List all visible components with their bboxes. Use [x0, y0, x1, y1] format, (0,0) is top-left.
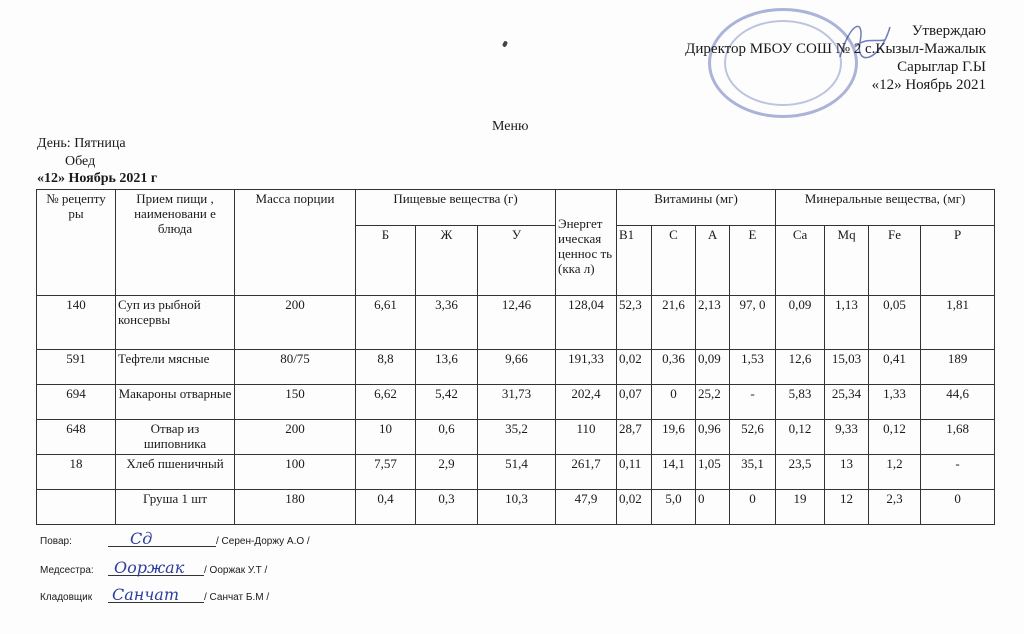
cell-e: 52,6	[730, 420, 776, 455]
cell-portion: 200	[235, 296, 356, 350]
cell-fe: 2,3	[869, 490, 921, 525]
cell-c: 0,36	[652, 350, 696, 385]
header-a: A	[696, 226, 730, 296]
cell-no: 140	[37, 296, 116, 350]
cell-zh: 0,6	[416, 420, 478, 455]
cell-p: 1,81	[921, 296, 995, 350]
cell-fe: 0,12	[869, 420, 921, 455]
cell-energy: 261,7	[556, 455, 617, 490]
cell-u: 12,46	[478, 296, 556, 350]
table-row: 18Хлеб пшеничный1007,572,951,4261,70,111…	[37, 455, 995, 490]
cell-energy: 202,4	[556, 385, 617, 420]
cell-p: 1,68	[921, 420, 995, 455]
cell-b: 6,61	[356, 296, 416, 350]
cell-ca: 5,83	[776, 385, 825, 420]
cell-b1: 0,07	[617, 385, 652, 420]
cell-e: 97, 0	[730, 296, 776, 350]
cell-energy: 47,9	[556, 490, 617, 525]
cell-name: Макароны отварные	[116, 385, 235, 420]
cell-portion: 150	[235, 385, 356, 420]
cell-mg: 25,34	[825, 385, 869, 420]
cell-energy: 110	[556, 420, 617, 455]
cell-portion: 80/75	[235, 350, 356, 385]
signature-line: Санчат	[108, 590, 204, 603]
cell-a: 0,96	[696, 420, 730, 455]
cell-no	[37, 490, 116, 525]
cell-no: 18	[37, 455, 116, 490]
header-e: E	[730, 226, 776, 296]
cell-u: 35,2	[478, 420, 556, 455]
cell-portion: 200	[235, 420, 356, 455]
cell-c: 19,6	[652, 420, 696, 455]
cell-b1: 0,02	[617, 490, 652, 525]
ink-speck	[502, 40, 508, 47]
cell-ca: 12,6	[776, 350, 825, 385]
menu-table: № рецепту ры Прием пищи , наименовани е …	[36, 189, 995, 525]
header-fat: Ж	[416, 226, 478, 296]
cell-u: 9,66	[478, 350, 556, 385]
header-carbs: У	[478, 226, 556, 296]
meal-label: Обед	[65, 154, 95, 170]
signature-row: Кладовщик Санчат / Санчат Б.М /	[40, 590, 269, 603]
cell-e: 1,53	[730, 350, 776, 385]
cell-b: 10	[356, 420, 416, 455]
approval-block: Утверждаю Директор МБОУ СОШ № 2 с.Кызыл-…	[685, 22, 986, 94]
cell-fe: 0,05	[869, 296, 921, 350]
cell-zh: 5,42	[416, 385, 478, 420]
header-meal-name: Прием пищи , наименовани е блюда	[116, 190, 235, 296]
table-row: 694Макароны отварные1506,625,4231,73202,…	[37, 385, 995, 420]
cell-ca: 0,12	[776, 420, 825, 455]
header-ca: Ca	[776, 226, 825, 296]
cell-no: 648	[37, 420, 116, 455]
cell-a: 2,13	[696, 296, 730, 350]
signature-line: Ооржак	[108, 563, 204, 576]
cell-b1: 0,11	[617, 455, 652, 490]
cell-e: 35,1	[730, 455, 776, 490]
approval-date: «12» Ноябрь 2021	[685, 76, 986, 94]
cell-u: 51,4	[478, 455, 556, 490]
cell-p: -	[921, 455, 995, 490]
cell-b1: 0,02	[617, 350, 652, 385]
cell-b1: 52,3	[617, 296, 652, 350]
document-title: Меню	[492, 119, 528, 135]
header-p: P	[921, 226, 995, 296]
cell-fe: 0,41	[869, 350, 921, 385]
header-c: C	[652, 226, 696, 296]
cell-a: 0	[696, 490, 730, 525]
table-row: 591Тефтели мясные80/758,813,69,66191,330…	[37, 350, 995, 385]
handwritten-signature: Санчат	[112, 585, 179, 604]
cell-zh: 2,9	[416, 455, 478, 490]
approval-director: Директор МБОУ СОШ № 2 с.Кызыл-Мажалык	[685, 40, 986, 58]
cell-c: 21,6	[652, 296, 696, 350]
header-minerals: Минеральные вещества, (мг)	[776, 190, 995, 226]
cell-name: Тефтели мясные	[116, 350, 235, 385]
cell-no: 694	[37, 385, 116, 420]
signature-line: Сд	[108, 534, 216, 547]
cell-energy: 191,33	[556, 350, 617, 385]
header-energy: Энергет ическая ценнос ть (кка л)	[556, 190, 617, 296]
cell-no: 591	[37, 350, 116, 385]
signature-name: / Санчат Б.М /	[204, 592, 269, 603]
table-row: Груша 1 шт1800,40,310,347,90,025,0001912…	[37, 490, 995, 525]
signature-role: Повар:	[40, 536, 108, 547]
header-nutrients: Пищевые вещества (г)	[356, 190, 556, 226]
cell-a: 25,2	[696, 385, 730, 420]
cell-portion: 100	[235, 455, 356, 490]
cell-e: -	[730, 385, 776, 420]
cell-a: 0,09	[696, 350, 730, 385]
cell-c: 0	[652, 385, 696, 420]
signature-row: Медсестра: Ооржак / Ооржак У.Т /	[40, 563, 267, 576]
day-label: День: Пятница	[37, 136, 126, 152]
cell-name: Хлеб пшеничный	[116, 455, 235, 490]
header-mg: Mq	[825, 226, 869, 296]
signature-name: / Серен-Доржу А.О /	[216, 536, 310, 547]
header-b1: B1	[617, 226, 652, 296]
menu-date: «12» Ноябрь 2021 г	[37, 171, 157, 187]
cell-name: Суп из рыбной консервы	[116, 296, 235, 350]
header-fe: Fe	[869, 226, 921, 296]
cell-mg: 12	[825, 490, 869, 525]
header-vitamins: Витамины (мг)	[617, 190, 776, 226]
cell-c: 14,1	[652, 455, 696, 490]
cell-b: 8,8	[356, 350, 416, 385]
table-row: 140Суп из рыбной консервы2006,613,3612,4…	[37, 296, 995, 350]
cell-zh: 3,36	[416, 296, 478, 350]
cell-mg: 9,33	[825, 420, 869, 455]
cell-b: 6,62	[356, 385, 416, 420]
header-protein: Б	[356, 226, 416, 296]
cell-e: 0	[730, 490, 776, 525]
signature-role: Медсестра:	[40, 565, 108, 576]
cell-p: 44,6	[921, 385, 995, 420]
cell-p: 189	[921, 350, 995, 385]
cell-p: 0	[921, 490, 995, 525]
cell-zh: 13,6	[416, 350, 478, 385]
cell-u: 31,73	[478, 385, 556, 420]
cell-c: 5,0	[652, 490, 696, 525]
cell-name: Груша 1 шт	[116, 490, 235, 525]
cell-name: Отвар из шиповника	[116, 420, 235, 455]
cell-energy: 128,04	[556, 296, 617, 350]
approval-heading: Утверждаю	[685, 22, 986, 40]
table-row: 648Отвар из шиповника200100,635,211028,7…	[37, 420, 995, 455]
cell-mg: 1,13	[825, 296, 869, 350]
cell-fe: 1,2	[869, 455, 921, 490]
cell-ca: 19	[776, 490, 825, 525]
cell-b1: 28,7	[617, 420, 652, 455]
handwritten-signature: Сд	[130, 529, 152, 548]
cell-mg: 15,03	[825, 350, 869, 385]
signature-name: / Ооржак У.Т /	[204, 565, 267, 576]
header-recipe-no: № рецепту ры	[37, 190, 116, 296]
signature-row: Повар: Сд / Серен-Доржу А.О /	[40, 534, 310, 547]
header-portion: Масса порции	[235, 190, 356, 296]
cell-fe: 1,33	[869, 385, 921, 420]
cell-u: 10,3	[478, 490, 556, 525]
cell-b: 7,57	[356, 455, 416, 490]
cell-mg: 13	[825, 455, 869, 490]
cell-a: 1,05	[696, 455, 730, 490]
cell-zh: 0,3	[416, 490, 478, 525]
handwritten-signature: Ооржак	[114, 558, 184, 577]
cell-ca: 0,09	[776, 296, 825, 350]
approval-name: Сарыглар Г.Ы	[685, 58, 986, 76]
cell-portion: 180	[235, 490, 356, 525]
cell-b: 0,4	[356, 490, 416, 525]
cell-ca: 23,5	[776, 455, 825, 490]
signature-role: Кладовщик	[40, 592, 108, 603]
